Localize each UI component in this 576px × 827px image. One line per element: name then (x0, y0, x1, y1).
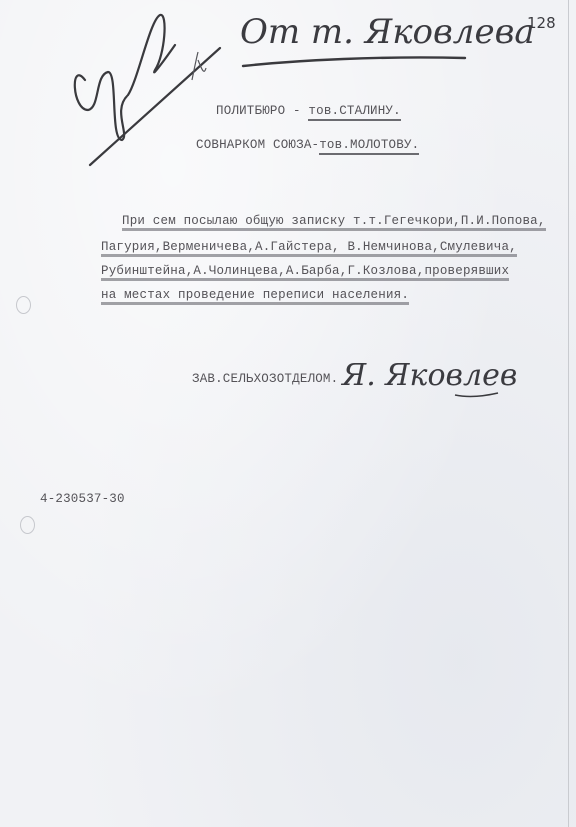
addressee-org: ПОЛИТБЮРО - (216, 104, 308, 118)
addressee-sovnarkom: СОВНАРКОМ СОЮЗА-тов.МОЛОТОВУ. (196, 138, 419, 152)
body-text: на местах проведение переписи населения. (101, 288, 409, 305)
signature: Я. Яковлев (342, 358, 517, 393)
body-text: Рубинштейна,А.Чолинцева,А.Барба,Г.Козлов… (101, 264, 509, 281)
header-note: От т. Яковлева (240, 12, 535, 52)
body-text: При сем посылаю общую записку т.т.Гегечк… (122, 214, 546, 231)
addressee-person: тов.МОЛОТОВУ. (319, 138, 419, 155)
addressee-person: тов.СТАЛИНУ. (308, 104, 400, 121)
signature-title: ЗАВ.СЕЛЬХОЗОТДЕЛОМ. (192, 372, 338, 386)
reference-number: 4-230537-30 (40, 492, 125, 506)
body-text: Пагурия,Верменичева,А.Гайстера, В.Немчин… (101, 240, 517, 257)
punch-hole (16, 296, 31, 314)
addressee-org: СОВНАРКОМ СОЮЗА- (196, 138, 319, 152)
body-line-1: При сем посылаю общую записку т.т.Гегечк… (122, 214, 546, 228)
page-number: 128 (527, 14, 556, 32)
punch-hole (20, 516, 35, 534)
body-line-3: Рубинштейна,А.Чолинцева,А.Барба,Г.Козлов… (101, 264, 509, 278)
body-line-4: на местах проведение переписи населения. (101, 288, 409, 302)
resolution-mark-stroke (0, 0, 576, 827)
addressee-politburo: ПОЛИТБЮРО - тов.СТАЛИНУ. (216, 104, 401, 118)
body-line-2: Пагурия,Верменичева,А.Гайстера, В.Немчин… (101, 240, 517, 254)
document-page: От т. Яковлева 128 ПОЛИТБЮРО - тов.СТАЛИ… (0, 0, 576, 827)
